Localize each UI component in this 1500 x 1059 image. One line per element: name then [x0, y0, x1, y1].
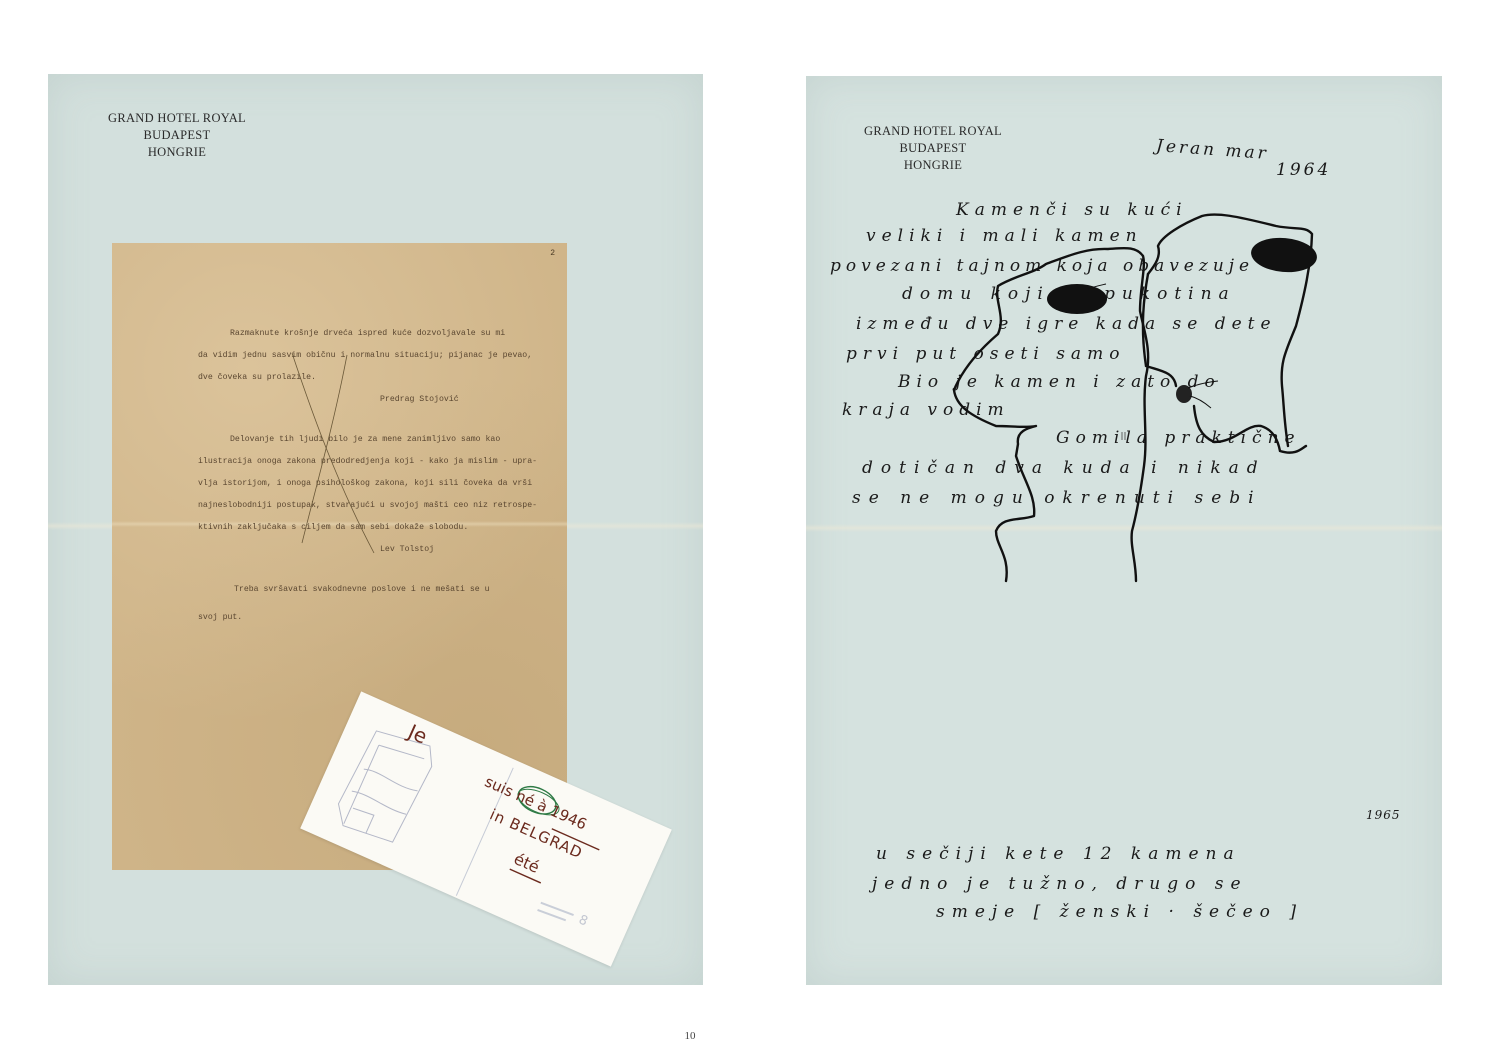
- typed-line: ktivnih zaključaka s ciljem da sam sebi …: [198, 517, 468, 539]
- typed-line: svoj put.: [198, 607, 242, 629]
- right-page: GRAND HOTEL ROYAL BUDAPEST HONGRIE Jeran…: [806, 76, 1442, 985]
- typed-line: Razmaknute krošnje drveća ispred kuće do…: [230, 323, 505, 345]
- left-page: GRAND HOTEL ROYAL BUDAPEST HONGRIE 2 Raz…: [48, 74, 703, 985]
- typed-line: najneslobodniji postupak, stvarajući u s…: [198, 495, 537, 517]
- hotel-letterhead: GRAND HOTEL ROYAL BUDAPEST HONGRIE: [97, 110, 257, 161]
- letterhead-line: HONGRIE: [97, 144, 257, 161]
- letterhead-line: GRAND HOTEL ROYAL: [97, 110, 257, 127]
- caption-line: u sečiji kete 12 kamena: [876, 844, 1241, 864]
- typed-line: Treba svršavati svakodnevne poslove i ne…: [234, 579, 490, 601]
- typed-line: ilustracija onoga zakona predodredjenja …: [198, 451, 537, 473]
- page-number: 10: [680, 1030, 700, 1042]
- typed-line: Delovanje tih ljudi bilo je za mene zani…: [230, 429, 500, 451]
- caption-line: jedno je tužno, drugo se: [872, 874, 1248, 894]
- caption-line: smeje [ ženski · šečeo ]: [936, 902, 1303, 922]
- attribution: Lev Tolstoj: [380, 539, 434, 561]
- typed-line: da vidim jednu sasvim običnu i normalnu …: [198, 345, 532, 367]
- sheet-page-number: 2: [550, 249, 555, 258]
- attribution: Predrag Stojović: [380, 389, 459, 411]
- typed-line: dve čoveka su prolazile.: [198, 367, 316, 389]
- lips-detail-icon: [1176, 381, 1218, 408]
- left-face-eye-icon: [1047, 284, 1107, 314]
- typed-line: vlja istorijom, i onoga psihološkog zako…: [198, 473, 532, 495]
- letterhead-line: BUDAPEST: [97, 127, 257, 144]
- drawing-date: 1965: [1366, 808, 1401, 822]
